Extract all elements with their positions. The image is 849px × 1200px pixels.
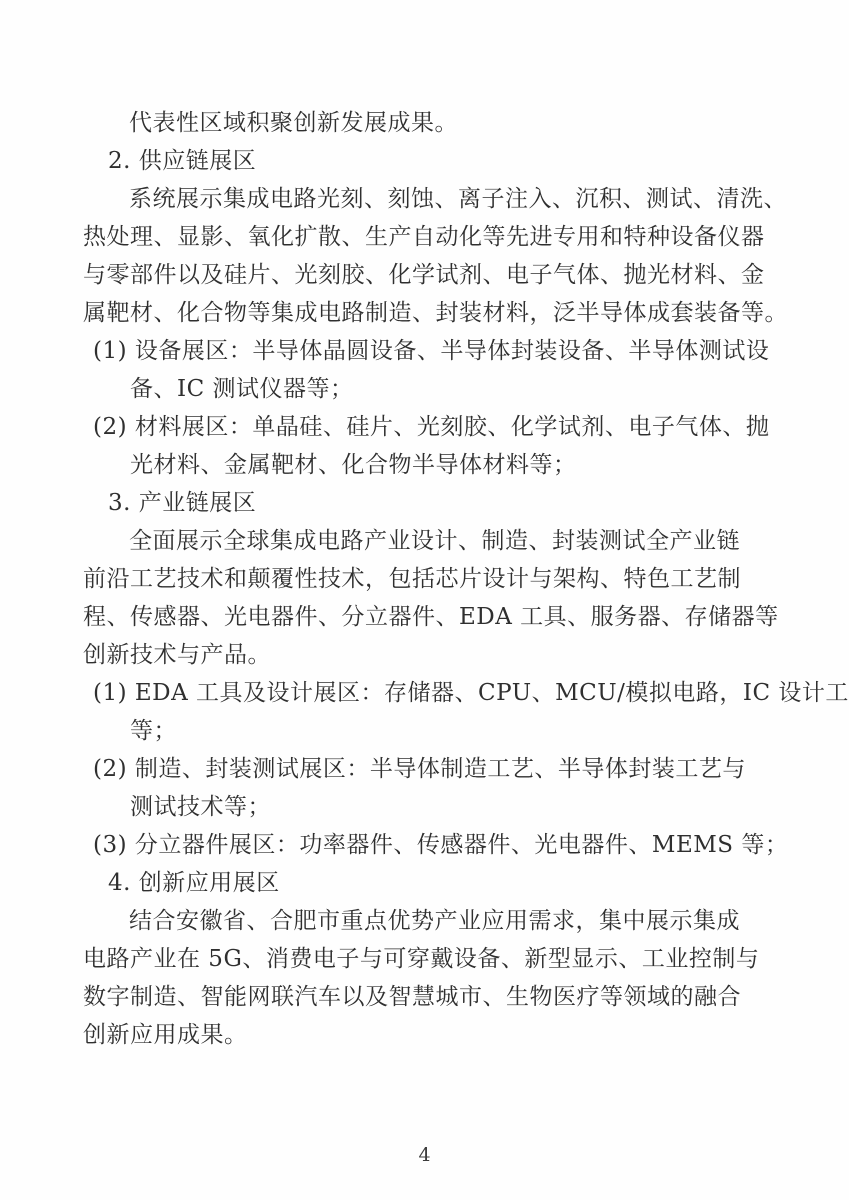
document-page: 代表性区域积聚创新发展成果。2. 供应链展区系统展示集成电路光刻、刻蚀、离子注入…	[0, 0, 849, 1200]
text-line: 全面展示全球集成电路产业设计、制造、封装测试全产业链	[83, 522, 773, 560]
text-line: (3) 分立器件展区：功率器件、传感器件、光电器件、MEMS 等；	[83, 826, 773, 864]
text-line: (1) EDA 工具及设计展区：存储器、CPU、MCU/模拟电路，IC 设计工具	[83, 674, 773, 712]
text-line: (2) 材料展区：单晶硅、硅片、光刻胶、化学试剂、电子气体、抛	[83, 408, 773, 446]
text-line: 创新技术与产品。	[83, 636, 773, 674]
text-line: 系统展示集成电路光刻、刻蚀、离子注入、沉积、测试、清洗、	[83, 180, 773, 218]
text-line: 与零部件以及硅片、光刻胶、化学试剂、电子气体、抛光材料、金	[83, 256, 773, 294]
text-line: 备、IC 测试仪器等；	[83, 370, 773, 408]
text-line: 创新应用成果。	[83, 1016, 773, 1054]
text-line: (2) 制造、封装测试展区：半导体制造工艺、半导体封装工艺与	[83, 750, 773, 788]
text-line: 等；	[83, 712, 773, 750]
text-line: 属靶材、化合物等集成电路制造、封装材料，泛半导体成套装备等。	[83, 294, 773, 332]
text-line: 光材料、金属靶材、化合物半导体材料等；	[83, 446, 773, 484]
text-line: 热处理、显影、氧化扩散、生产自动化等先进专用和特种设备仪器	[83, 218, 773, 256]
text-line: 测试技术等；	[83, 788, 773, 826]
text-line: 2. 供应链展区	[83, 142, 773, 180]
text-line: 代表性区域积聚创新发展成果。	[83, 104, 773, 142]
text-line: 前沿工艺技术和颠覆性技术，包括芯片设计与架构、特色工艺制	[83, 560, 773, 598]
text-line: 4. 创新应用展区	[83, 864, 773, 902]
text-line: 数字制造、智能网联汽车以及智慧城市、生物医疗等领域的融合	[83, 978, 773, 1016]
text-line: 结合安徽省、合肥市重点优势产业应用需求，集中展示集成	[83, 902, 773, 940]
text-line: (1) 设备展区：半导体晶圆设备、半导体封装设备、半导体测试设	[83, 332, 773, 370]
page-number: 4	[0, 1144, 849, 1166]
text-line: 电路产业在 5G、消费电子与可穿戴设备、新型显示、工业控制与	[83, 940, 773, 978]
document-body: 代表性区域积聚创新发展成果。2. 供应链展区系统展示集成电路光刻、刻蚀、离子注入…	[83, 104, 773, 1054]
text-line: 程、传感器、光电器件、分立器件、EDA 工具、服务器、存储器等	[83, 598, 773, 636]
text-line: 3. 产业链展区	[83, 484, 773, 522]
